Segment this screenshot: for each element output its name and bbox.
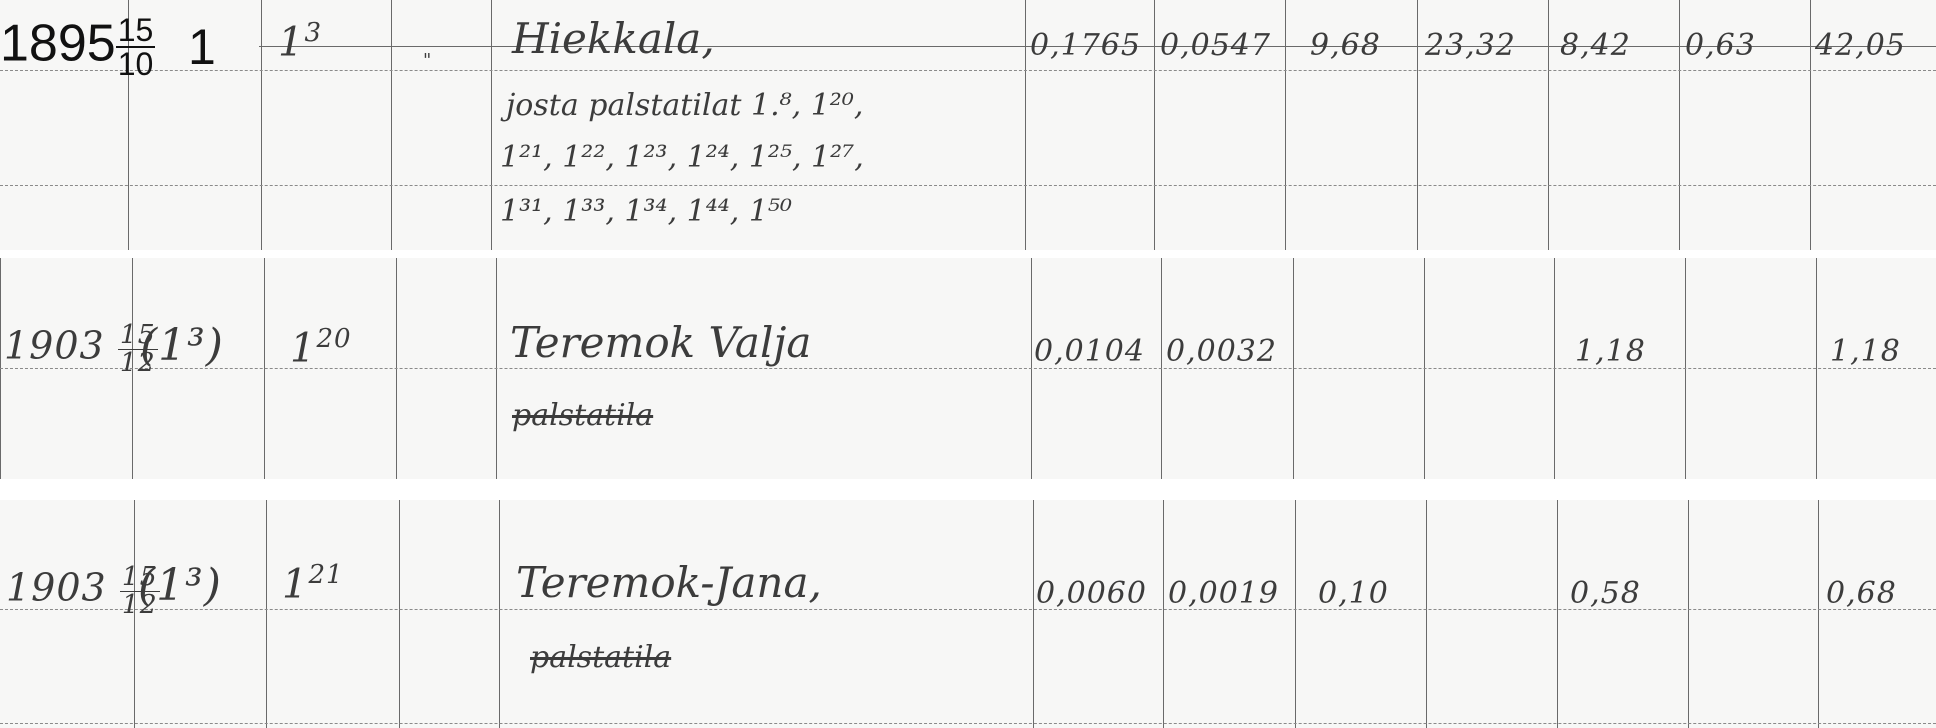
ledger-row-2: 1903 1512 (1³) 120 Teremok Valja palstat… <box>0 258 1936 479</box>
column-rule <box>1025 0 1026 250</box>
note-line-1: josta palstatilat 1.⁸, 1²⁰, <box>506 88 863 123</box>
value-cell: 0,58 <box>1570 576 1641 611</box>
date-cell: 1903 1512 <box>6 564 160 618</box>
column-rule <box>1417 0 1418 250</box>
parcel-number: 120 <box>290 324 352 371</box>
parcel-number: 121 <box>282 560 344 607</box>
column-rule <box>261 0 262 250</box>
column-rule <box>399 500 400 728</box>
row-rule <box>0 609 1936 610</box>
value-cell: 0,63 <box>1685 28 1756 63</box>
column-rule <box>1688 500 1689 728</box>
column-rule <box>1557 500 1558 728</box>
column-rule <box>491 0 492 250</box>
estate-subname: palstatila <box>530 640 671 675</box>
column-rule <box>1295 500 1296 728</box>
value-cell: 8,42 <box>1560 28 1631 63</box>
date-year: 1903 <box>4 324 105 368</box>
ledger-row-3: 1903 1512 (1³) 121 Teremok-Jana, palstat… <box>0 500 1936 728</box>
value-cell: 0,0032 <box>1166 334 1277 369</box>
row-rule <box>0 723 1936 724</box>
estate-name: Teremok-Jana, <box>516 558 822 607</box>
register-number: 1 <box>188 18 216 76</box>
column-rule <box>1818 500 1819 728</box>
origin-parcel: (1³) <box>138 560 222 611</box>
value-cell: 42,05 <box>1815 28 1906 63</box>
origin-parcel: (1³) <box>140 320 224 371</box>
date-cell: 1903 1512 <box>4 322 158 376</box>
value-cell: 0,0060 <box>1036 576 1147 611</box>
column-rule <box>1154 0 1155 250</box>
date-year: 1903 <box>6 566 107 610</box>
value-cell: 0,0547 <box>1160 28 1271 63</box>
value-cell: 0,0019 <box>1168 576 1279 611</box>
ledger-row-1: 18951510 1 13 " Hiekkala, josta palstati… <box>0 0 1936 250</box>
row-rule <box>0 70 1936 71</box>
date-cell: 18951510 <box>0 14 155 80</box>
column-rule <box>1426 500 1427 728</box>
ditto-mark: " <box>423 50 431 71</box>
row-rule <box>0 185 1936 186</box>
column-rule <box>1679 0 1680 250</box>
column-rule <box>1033 500 1034 728</box>
estate-name: Teremok Valja <box>510 318 811 367</box>
estate-subname: palstatila <box>512 398 653 433</box>
value-cell: 9,68 <box>1310 28 1381 63</box>
date-year: 1895 <box>0 15 116 73</box>
parcel-number: 13 <box>278 18 322 65</box>
column-rule <box>1548 0 1549 250</box>
value-cell: 0,68 <box>1826 576 1897 611</box>
column-rule <box>1810 0 1811 250</box>
value-cell: 1,18 <box>1575 334 1646 369</box>
value-cell: 23,32 <box>1425 28 1516 63</box>
column-rule <box>1285 0 1286 250</box>
value-cell: 0,10 <box>1318 576 1389 611</box>
estate-name: Hiekkala, <box>512 14 715 63</box>
note-line-2: 1²¹, 1²², 1²³, 1²⁴, 1²⁵, 1²⁷, <box>500 140 864 175</box>
column-rule <box>391 0 392 250</box>
column-rule <box>1163 500 1164 728</box>
column-rule <box>499 500 500 728</box>
value-cell: 0,0104 <box>1034 334 1145 369</box>
note-line-3: 1³¹, 1³³, 1³⁴, 1⁴⁴, 1⁵⁰ <box>500 194 792 229</box>
date-day-month: 1510 <box>116 14 156 80</box>
column-rule <box>266 500 267 728</box>
value-cell: 0,1765 <box>1030 28 1141 63</box>
value-cell: 1,18 <box>1830 334 1901 369</box>
